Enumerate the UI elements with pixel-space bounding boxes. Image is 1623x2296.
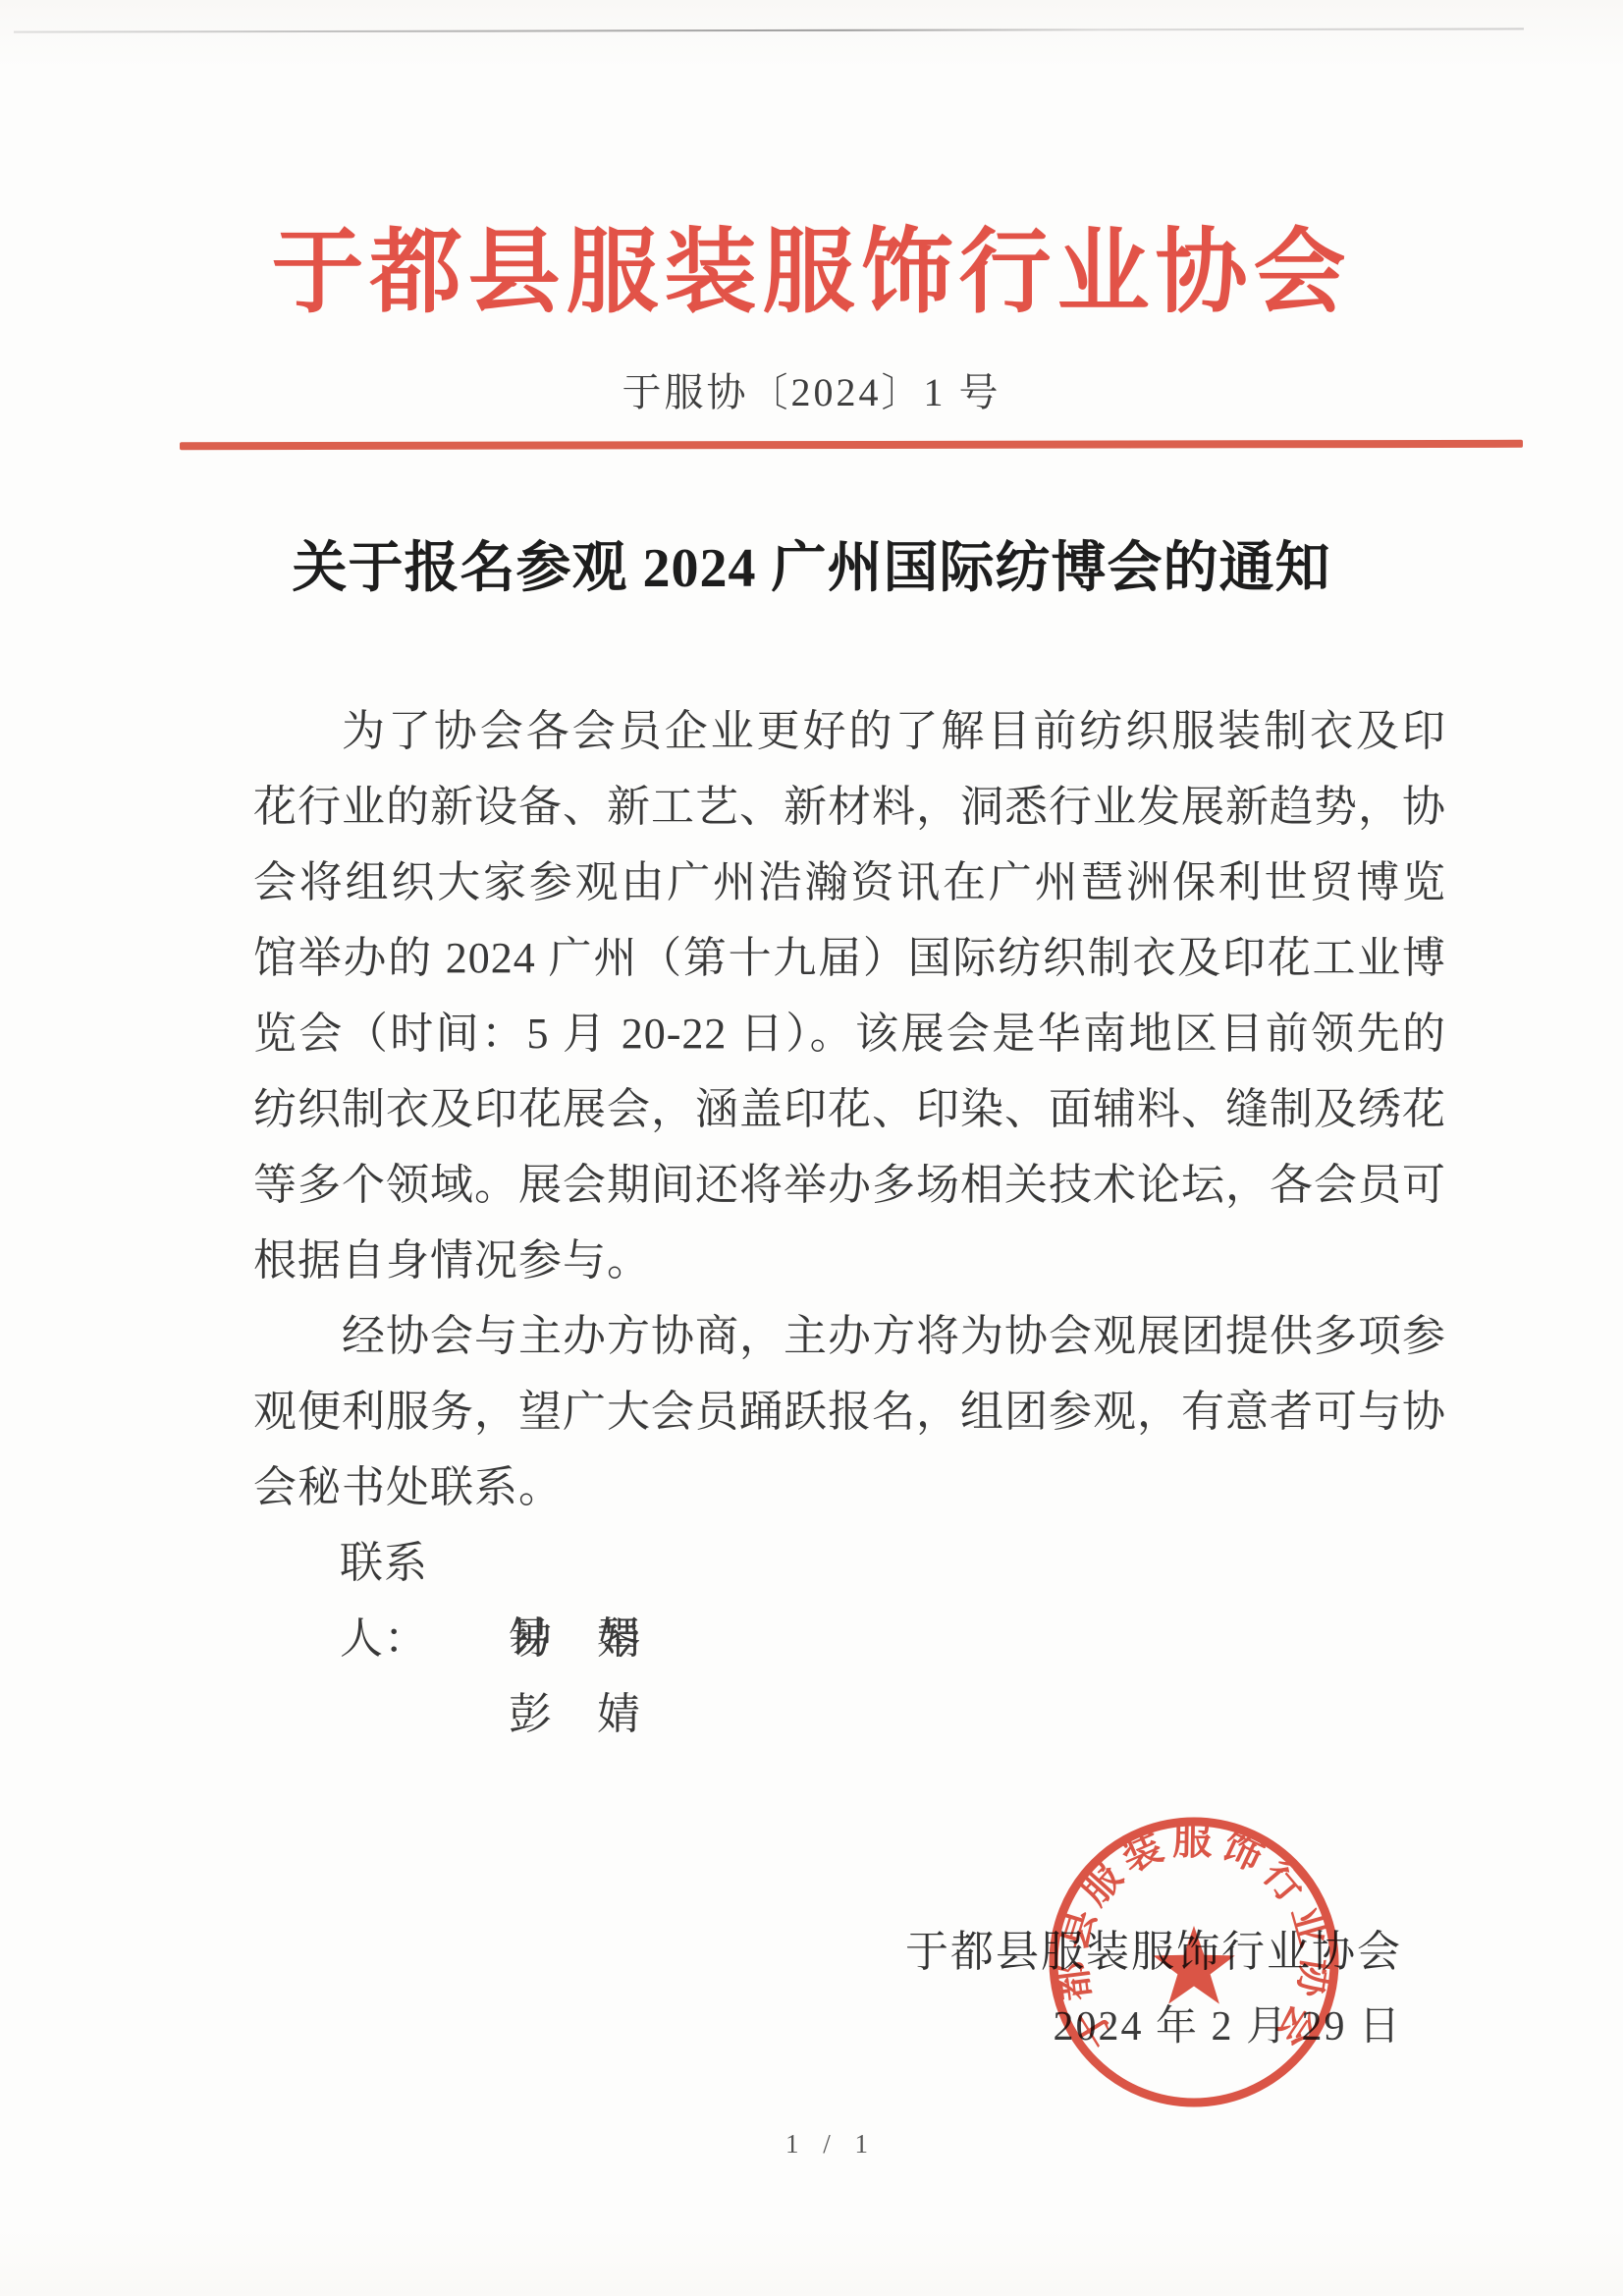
body-line: 经协会与主办方协商，主办方将为协会观展团提供多项参 xyxy=(253,1298,1446,1374)
document-page: 于都县服装服饰行业协会 于服协〔2024〕1 号 关于报名参观 2024 广州国… xyxy=(0,0,1623,2296)
contact-line: 联系人：易 娟 xyxy=(253,1525,1446,1601)
contacts-label: 联系人： xyxy=(340,1525,509,1676)
notice-title: 关于报名参观 2024 广州国际纺博会的通知 xyxy=(0,524,1623,603)
body-line: 馆举办的 2024 广州（第十九届）国际纺织制衣及印花工业博 xyxy=(253,920,1446,996)
body-line: 根据自身情况参与。 xyxy=(253,1223,1446,1298)
body-line: 观便利服务，望广大会员踊跃报名，组团参观，有意者可与协 xyxy=(253,1374,1446,1449)
letterhead-org-name: 于都县服装服饰行业协会 xyxy=(0,220,1623,326)
body-line: 会将组织大家参观由广州浩瀚资讯在广州琶洲保利世贸博览 xyxy=(253,845,1446,920)
body-line: 纺织制衣及印花展会，涵盖印花、印染、面辅料、缝制及绣花 xyxy=(253,1071,1446,1147)
contact-name: 彭 婧 xyxy=(509,1690,641,1738)
scan-artifact-line xyxy=(14,27,1524,32)
body-line: 等多个领域。展会期间还将举办多场相关技术论坛，各会员可 xyxy=(253,1147,1446,1223)
body-line: 会秘书处联系。 xyxy=(253,1449,1446,1525)
seal-star-icon xyxy=(1153,1926,1235,2004)
contact-name: 钟 琴 xyxy=(509,1614,641,1663)
body-line: 花行业的新设备、新工艺、新材料，洞悉行业发展新趋势，协 xyxy=(253,769,1446,845)
contact-line: 彭 婧 xyxy=(253,1676,1446,1752)
official-seal: 于都县服装服饰行业协会 xyxy=(1042,1810,1346,2114)
doc-number: 于服协〔2024〕1 号 xyxy=(0,361,1623,417)
body-line: 为了协会各会员企业更好的了解目前纺织服装制衣及印 xyxy=(253,693,1446,769)
page-number: 1 / 1 xyxy=(20,2129,1623,2159)
notice-body: 为了协会各会员企业更好的了解目前纺织服装制衣及印 花行业的新设备、新工艺、新材料… xyxy=(253,693,1446,1752)
letterhead-divider xyxy=(180,440,1523,450)
body-line: 览会（时间：5 月 20-22 日）。该展会是华南地区目前领先的 xyxy=(253,996,1446,1071)
